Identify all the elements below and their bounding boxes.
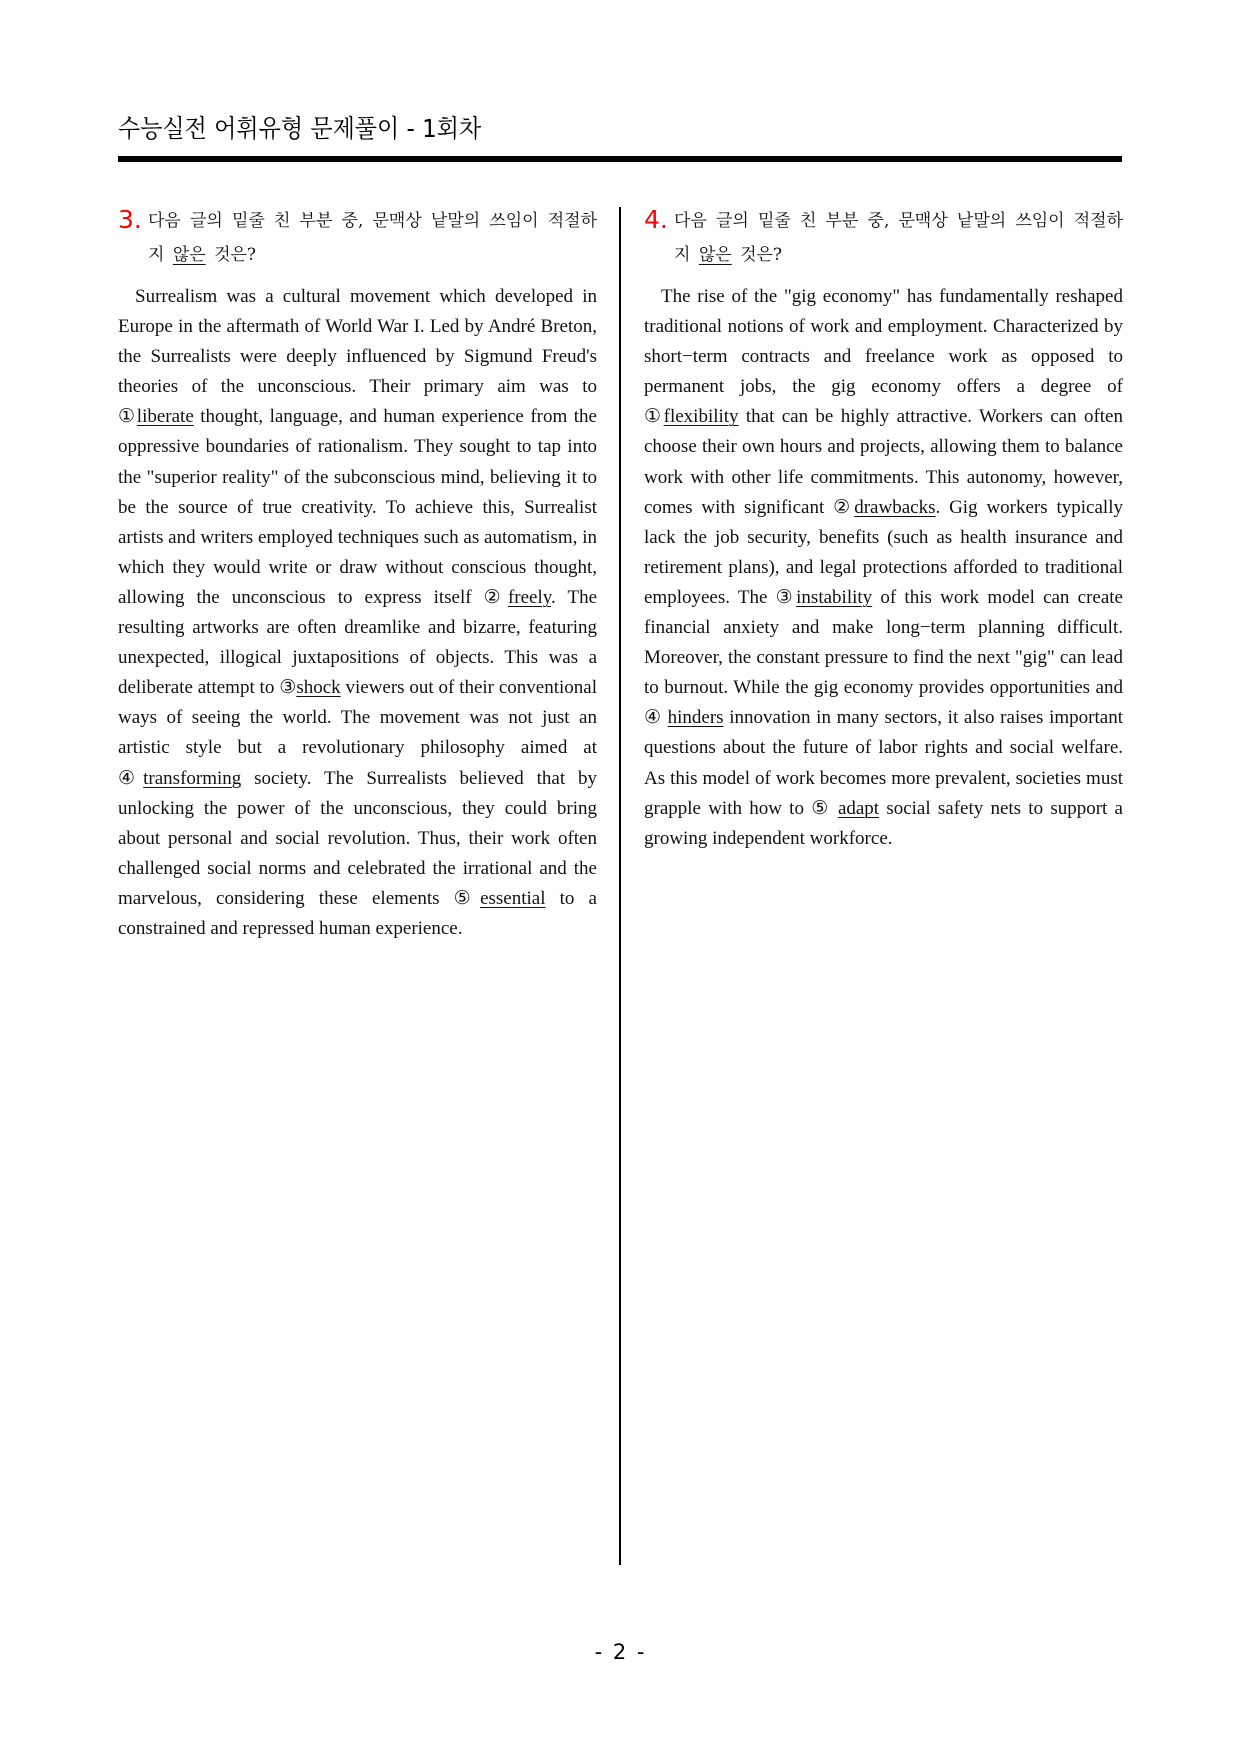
- question-number: 4.: [644, 202, 668, 238]
- underlined-choice-word: shock: [296, 677, 340, 698]
- choice-marker: ②: [484, 587, 508, 608]
- underlined-choice-word: drawbacks: [854, 497, 935, 518]
- choice-marker: ⑤: [454, 888, 480, 909]
- passage-text: thought, language, and human experience …: [118, 406, 597, 608]
- choice-marker: ④: [118, 768, 143, 789]
- choice-marker: ⑤: [811, 798, 838, 819]
- underlined-choice-word: freely: [508, 587, 551, 608]
- question-prompt: 4. 다음 글의 밑줄 친 부분 중, 문맥상 낱말의 쓰임이 적절하지 않은 …: [644, 204, 1123, 272]
- passage-text: Surrealism was a cultural movement which…: [118, 286, 597, 397]
- choice-marker: ③: [776, 587, 797, 608]
- header-rule: [118, 156, 1122, 162]
- question-4-column: 4. 다음 글의 밑줄 친 부분 중, 문맥상 낱말의 쓰임이 적절하지 않은 …: [644, 204, 1123, 854]
- page-number: - 2 -: [0, 1640, 1241, 1664]
- underlined-choice-word: adapt: [838, 798, 879, 819]
- prompt-emphasis: 않은: [173, 245, 206, 265]
- question-number: 3.: [118, 202, 142, 238]
- column-divider: [619, 207, 621, 1565]
- prompt-text-end: 것은?: [732, 245, 782, 265]
- page-header: 수능실전 어휘유형 문제풀이 - 1회차: [118, 112, 1122, 146]
- passage: The rise of the "gig economy" has fundam…: [644, 282, 1123, 854]
- choice-marker: ①: [644, 406, 664, 427]
- underlined-choice-word: transforming: [143, 768, 241, 789]
- underlined-choice-word: hinders: [668, 707, 724, 728]
- underlined-choice-word: flexibility: [664, 406, 739, 427]
- passage-text: The rise of the "gig economy" has fundam…: [644, 286, 1123, 397]
- underlined-choice-word: essential: [480, 888, 545, 909]
- prompt-emphasis: 않은: [699, 245, 732, 265]
- page-title: 수능실전 어휘유형 문제풀이 - 1회차: [118, 112, 1042, 146]
- underlined-choice-word: instability: [796, 587, 872, 608]
- prompt-text-end: 것은?: [206, 245, 256, 265]
- choice-marker: ②: [833, 497, 854, 518]
- question-prompt: 3. 다음 글의 밑줄 친 부분 중, 문맥상 낱말의 쓰임이 적절하지 않은 …: [118, 204, 597, 272]
- passage: Surrealism was a cultural movement which…: [118, 282, 597, 944]
- choice-marker: ④: [644, 707, 668, 728]
- question-3-column: 3. 다음 글의 밑줄 친 부분 중, 문맥상 낱말의 쓰임이 적절하지 않은 …: [118, 204, 597, 944]
- choice-marker: ③: [279, 677, 296, 698]
- underlined-choice-word: liberate: [137, 406, 194, 427]
- choice-marker: ①: [118, 406, 137, 427]
